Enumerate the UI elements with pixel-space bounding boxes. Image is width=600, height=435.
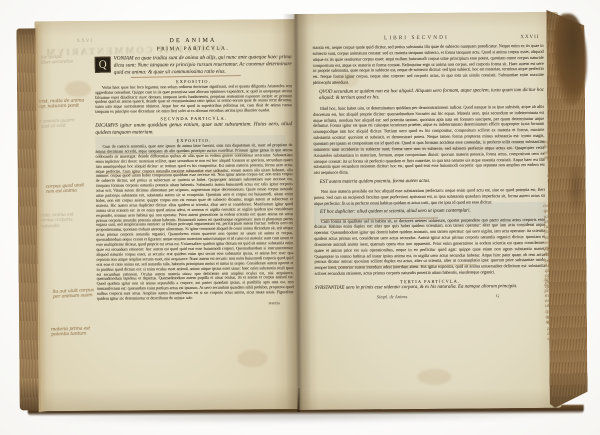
lemma-est: EST autem materia quidem potentia, forma… xyxy=(320,178,545,186)
body-paragraph-2: Illud hoc, hanc habet uim, ut determinat… xyxy=(313,104,545,176)
lemma-substantiae: SVBSTANTIAE uero in primis esse uidentur… xyxy=(315,284,546,292)
foxing-spot xyxy=(65,81,91,97)
book-photo: XXVI SIMPLICII COMMENTARIVM DE ANIMA PRI… xyxy=(0,0,600,435)
body-paragraph-4: Cum forma in qualitate uel in habitu sit… xyxy=(314,216,546,276)
running-head-left: DE ANIMA xyxy=(94,37,291,45)
body-paragraph-1: stantia est, neque corpus quale quid dic… xyxy=(313,43,544,86)
marginalia-note: ita aut uiuit corpus per animam suam xyxy=(53,288,95,300)
foxing-spot xyxy=(417,369,451,385)
right-text-column: LIBRI SECVNDI XXVII stantia est, neque c… xyxy=(312,34,545,300)
gathering-signature: G xyxy=(496,293,499,298)
woodcut-initial-Q: Q xyxy=(95,57,111,73)
body-paragraph-3: Non sine materia possibile est hoc aliqu… xyxy=(314,187,545,207)
expositio-text-1: Verba haec quae hoc loco leguntur, non s… xyxy=(95,84,292,115)
footer-title: Simpl. de Anima. xyxy=(377,294,408,299)
running-head-row: LIBRI SECVNDI XXVII xyxy=(312,34,543,42)
lemma-et: ET hoc dupliciter: aliud quidem ut scien… xyxy=(320,207,545,215)
lemma-dicamus: DICAMVS igitur unum quoddam genus entium… xyxy=(95,121,292,137)
opening-lemma-block: Q VONIAM ea quae tradita sunt de anima a… xyxy=(95,54,292,76)
left-page: XXVI SIMPLICII COMMENTARIVM DE ANIMA PRI… xyxy=(34,19,299,411)
opening-lemma: VONIAM ea quae tradita sunt de anima ab … xyxy=(95,54,292,76)
open-book: XXVI SIMPLICII COMMENTARIVM DE ANIMA PRI… xyxy=(16,8,587,413)
footer-row: Simpl. de Anima. G xyxy=(315,293,546,300)
foxing-spot xyxy=(237,349,267,367)
lemma-quod: QVOD secundum se quidem non est hoc aliq… xyxy=(319,88,544,102)
right-page: LIBRI SECVNDI XXVII stantia est, neque c… xyxy=(294,12,561,410)
edge-stain xyxy=(566,158,587,218)
marginalia-note: corpus quod uiuit non est anima xyxy=(46,183,85,195)
expositio-text-2: Cum de caeteris sententiis, quae ante ip… xyxy=(95,143,293,302)
running-head-right: LIBRI SECVNDI xyxy=(312,34,520,42)
folio-number-faint: XXVI xyxy=(76,39,93,44)
section-title-prima: PRIMA PARTICVLA. xyxy=(95,45,292,53)
marginalia-note: hic incipit liber secundus xyxy=(40,54,72,66)
marginalia-note: materia prima est potentia tantum xyxy=(51,327,90,339)
folio-number: XXVII xyxy=(520,35,539,40)
gutter-shadow xyxy=(282,14,311,412)
